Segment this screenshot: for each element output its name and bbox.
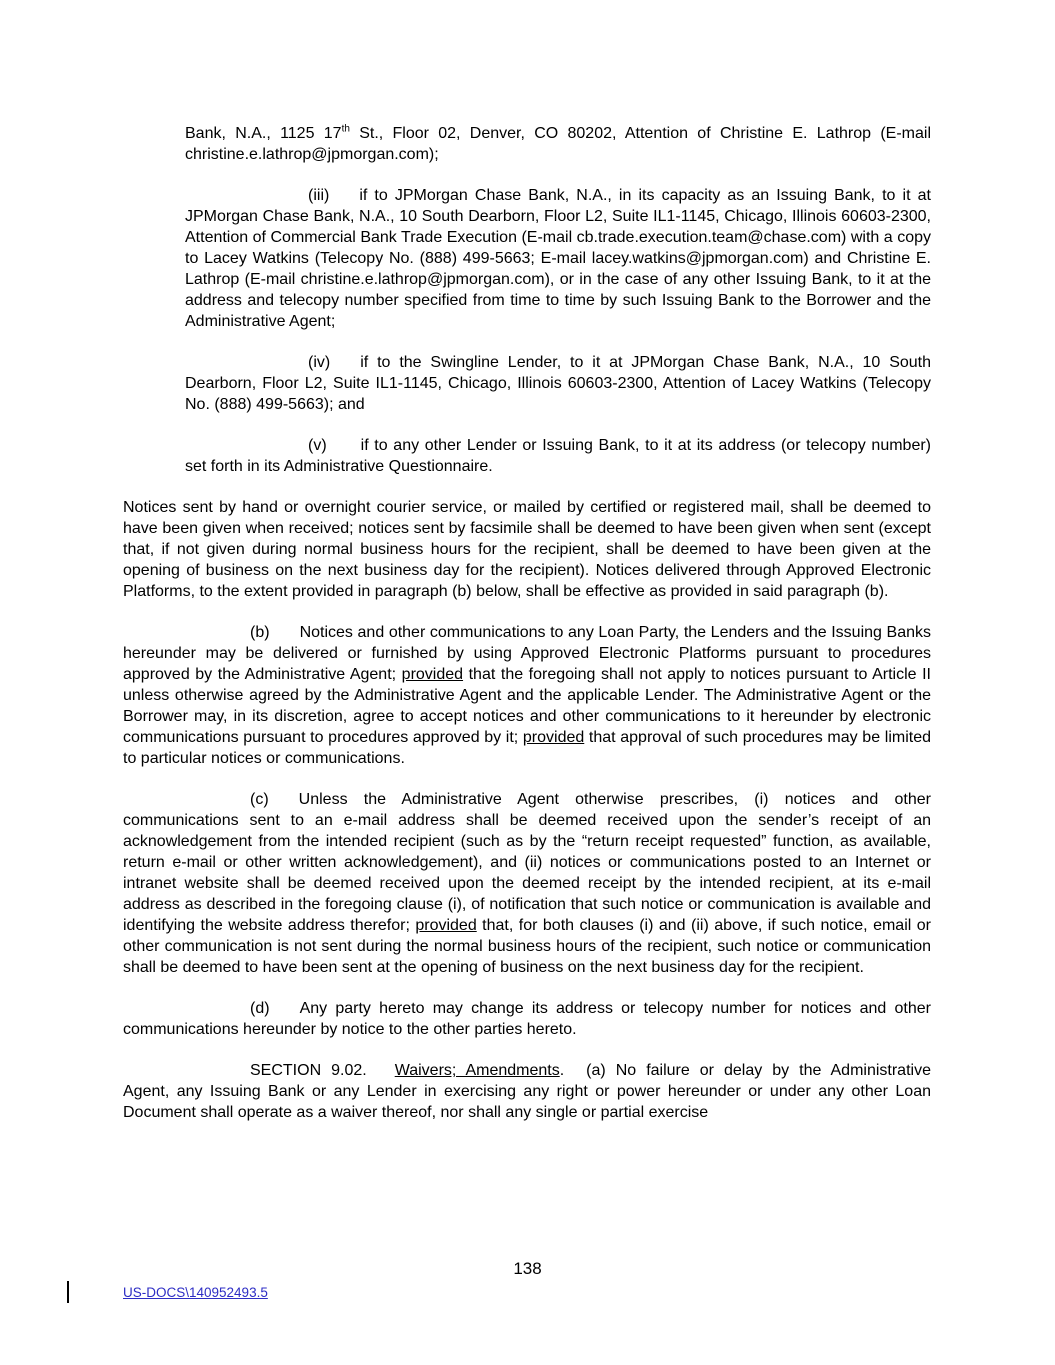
text-run: (a) (586, 1062, 606, 1079)
tab-spacer (269, 803, 299, 804)
text-run: provided (415, 917, 476, 934)
tab-spacer (367, 1074, 395, 1075)
tab-spacer (270, 636, 300, 637)
tab-spacer (606, 1074, 616, 1075)
tab-spacer (327, 449, 361, 450)
paragraph-b: (b)Notices and other communications to a… (123, 622, 931, 769)
tab-spacer (329, 199, 359, 200)
page-number: 138 (0, 1258, 1055, 1279)
paragraph-iii: (iii)if to JPMorgan Chase Bank, N.A., in… (185, 185, 931, 332)
text-run: provided (523, 729, 584, 746)
document-body: Bank, N.A., 1125 17th St., Floor 02, Den… (123, 123, 931, 1123)
text-run: (iii) (308, 187, 329, 204)
text-run: Waivers; Amendments (395, 1062, 560, 1079)
paragraph-v: (v)if to any other Lender or Issuing Ban… (185, 435, 931, 477)
text-run: th (342, 124, 350, 135)
tab-spacer (270, 1012, 300, 1013)
text-run: Unless the Administrative Agent otherwis… (123, 791, 931, 934)
paragraph-iv: (iv)if to the Swingline Lender, to it at… (185, 352, 931, 415)
text-run: if to the Swingline Lender, to it at JPM… (185, 354, 931, 413)
text-run: (b) (250, 624, 270, 641)
footer-doc-id-link[interactable]: US-DOCS\140952493.5 (123, 1284, 268, 1301)
tab-spacer (564, 1074, 586, 1075)
paragraph-notices-delivery: Notices sent by hand or overnight courie… (123, 497, 931, 602)
paragraph-d: (d)Any party hereto may change its addre… (123, 998, 931, 1040)
paragraph-ii-continuation: Bank, N.A., 1125 17th St., Floor 02, Den… (185, 123, 931, 165)
text-run: (v) (308, 437, 327, 454)
text-run: provided (402, 666, 463, 683)
text-run: (iv) (308, 354, 330, 371)
text-run: if to any other Lender or Issuing Bank, … (185, 437, 931, 475)
tab-spacer (330, 366, 360, 367)
text-run: (c) (250, 791, 269, 808)
document-page: Bank, N.A., 1125 17th St., Floor 02, Den… (0, 0, 1055, 1365)
text-run: SECTION 9.02. (250, 1062, 367, 1079)
text-run: Any party hereto may change its address … (123, 1000, 931, 1038)
text-run: Bank, N.A., 1125 17 (185, 125, 342, 142)
text-run: . (560, 1062, 564, 1079)
paragraph-c: (c)Unless the Administrative Agent other… (123, 789, 931, 978)
text-run: Notices sent by hand or overnight courie… (123, 499, 931, 600)
change-bar (67, 1281, 69, 1303)
text-run: (d) (250, 1000, 270, 1017)
text-run: if to JPMorgan Chase Bank, N.A., in its … (185, 187, 931, 330)
paragraph-section-9-02: SECTION 9.02.Waivers; Amendments.(a)No f… (123, 1060, 931, 1123)
